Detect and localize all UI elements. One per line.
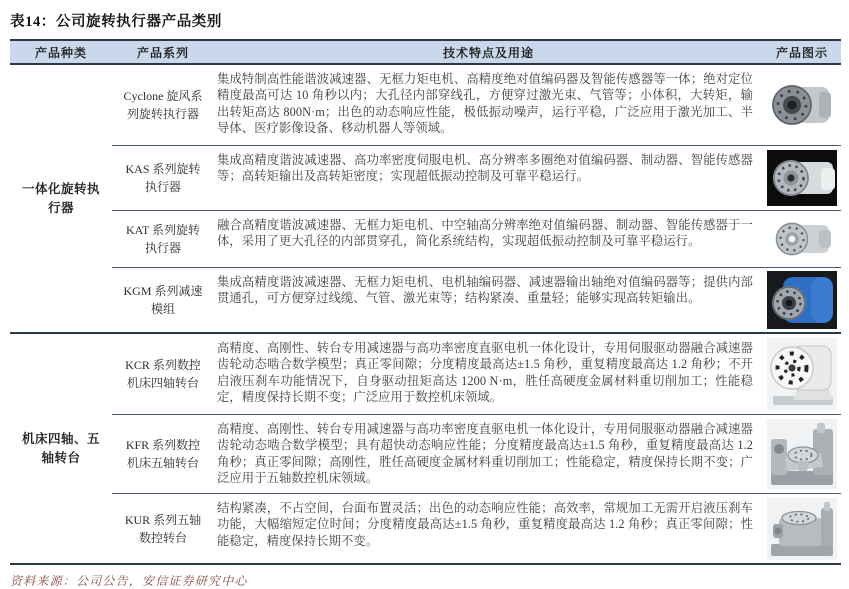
series-label: KFR 系列数控机床五轴转台 — [112, 415, 214, 493]
features-text: 结构紧凑，不占空间，台面布置灵活；出色的动态响应性能；高效率，常规加工无需开启液… — [214, 494, 763, 563]
kgm-gear-module-photo — [767, 271, 837, 329]
header-product-series: 产品系列 — [112, 44, 214, 61]
product-table: 产品种类 产品系列 技术特点及用途 产品图示 一体化旋转执行器 Cyclone … — [10, 39, 841, 565]
features-text: 高精度、高刚性、转台专用减速器与高功率密度直驱电机一体化设计，专用伺服驱动器融合… — [214, 334, 763, 414]
table-header-row: 产品种类 产品系列 技术特点及用途 产品图示 — [10, 41, 841, 65]
series-label: KUR 系列五轴数控转台 — [112, 494, 214, 563]
table-row: KFR 系列数控机床五轴转台 高精度、高刚性、转台专用减速器与高功率密度直驱电机… — [112, 414, 841, 493]
features-text: 融合高精度谐波减速器、无框力矩电机、中空轴高分辨率绝对值编码器、制动器、智能传感… — [214, 211, 763, 267]
kfr-5axis-rotary-table-photo — [767, 419, 837, 489]
series-label: KCR 系列数控机床四轴转台 — [112, 334, 214, 414]
table-row: KCR 系列数控机床四轴转台 高精度、高刚性、转台专用减速器与高功率密度直驱电机… — [112, 334, 841, 414]
report-page: 表14：公司旋转执行器产品类别 产品种类 产品系列 技术特点及用途 产品图示 一… — [0, 0, 849, 589]
table-row: KUR 系列五轴数控转台 结构紧凑，不占空间，台面布置灵活；出色的动态响应性能；… — [112, 493, 841, 563]
table-row: KAS 系列旋转执行器 集成高精度谐波减速器、高功率密度伺服电机、高分辨率多圈绝… — [112, 145, 841, 210]
table-row: Cyclone 旋风系列旋转执行器 集成特制高性能谐波减速器、无框力矩电机、高精… — [112, 65, 841, 145]
features-text: 集成特制高性能谐波减速器、无框力矩电机、高精度绝对值编码器及智能传感器等一体；绝… — [214, 65, 763, 145]
features-text: 集成高精度谐波减速器、高功率密度伺服电机、高分辨率多圈绝对值编码器、制动器、智能… — [214, 146, 763, 210]
kur-5axis-rotary-table-photo — [767, 498, 837, 560]
source-note: 资料来源：公司公告，安信证券研究中心 — [10, 572, 841, 589]
group-machine-tool-rotary-tables: 机床四轴、五轴转台 KCR 系列数控机床四轴转台 高精度、高刚性、转台专用减速器… — [10, 332, 841, 563]
header-product-image: 产品图示 — [763, 44, 841, 61]
features-text: 高精度、高刚性、转台专用减速器与高功率密度直驱电机一体化设计，专用伺服驱动器融合… — [214, 415, 763, 493]
kcr-4axis-rotary-table-photo — [767, 338, 837, 410]
category-label: 一体化旋转执行器 — [10, 65, 112, 332]
kat-rotary-actuator-photo — [767, 214, 837, 264]
table-row: KGM 系列减速模组 集成高精度谐波减速器、无框力矩电机、电机轴编码器、减速器输… — [112, 267, 841, 332]
category-label: 机床四轴、五轴转台 — [10, 334, 112, 563]
series-label: KAT 系列旋转执行器 — [112, 211, 214, 267]
cyclone-rotary-actuator-photo — [767, 72, 837, 138]
header-product-category: 产品种类 — [10, 44, 112, 61]
kas-rotary-actuator-photo — [767, 150, 837, 206]
header-technical-features: 技术特点及用途 — [214, 44, 763, 61]
series-label: KGM 系列减速模组 — [112, 268, 214, 332]
series-label: KAS 系列旋转执行器 — [112, 146, 214, 210]
group-integrated-rotary-actuators: 一体化旋转执行器 Cyclone 旋风系列旋转执行器 集成特制高性能谐波减速器、… — [10, 65, 841, 332]
table-row: KAT 系列旋转执行器 融合高精度谐波减速器、无框力矩电机、中空轴高分辨率绝对值… — [112, 210, 841, 267]
features-text: 集成高精度谐波减速器、无框力矩电机、电机轴编码器、减速器输出轴绝对值编码器等；提… — [214, 268, 763, 332]
table-title: 表14：公司旋转执行器产品类别 — [10, 10, 841, 31]
series-label: Cyclone 旋风系列旋转执行器 — [112, 65, 214, 145]
